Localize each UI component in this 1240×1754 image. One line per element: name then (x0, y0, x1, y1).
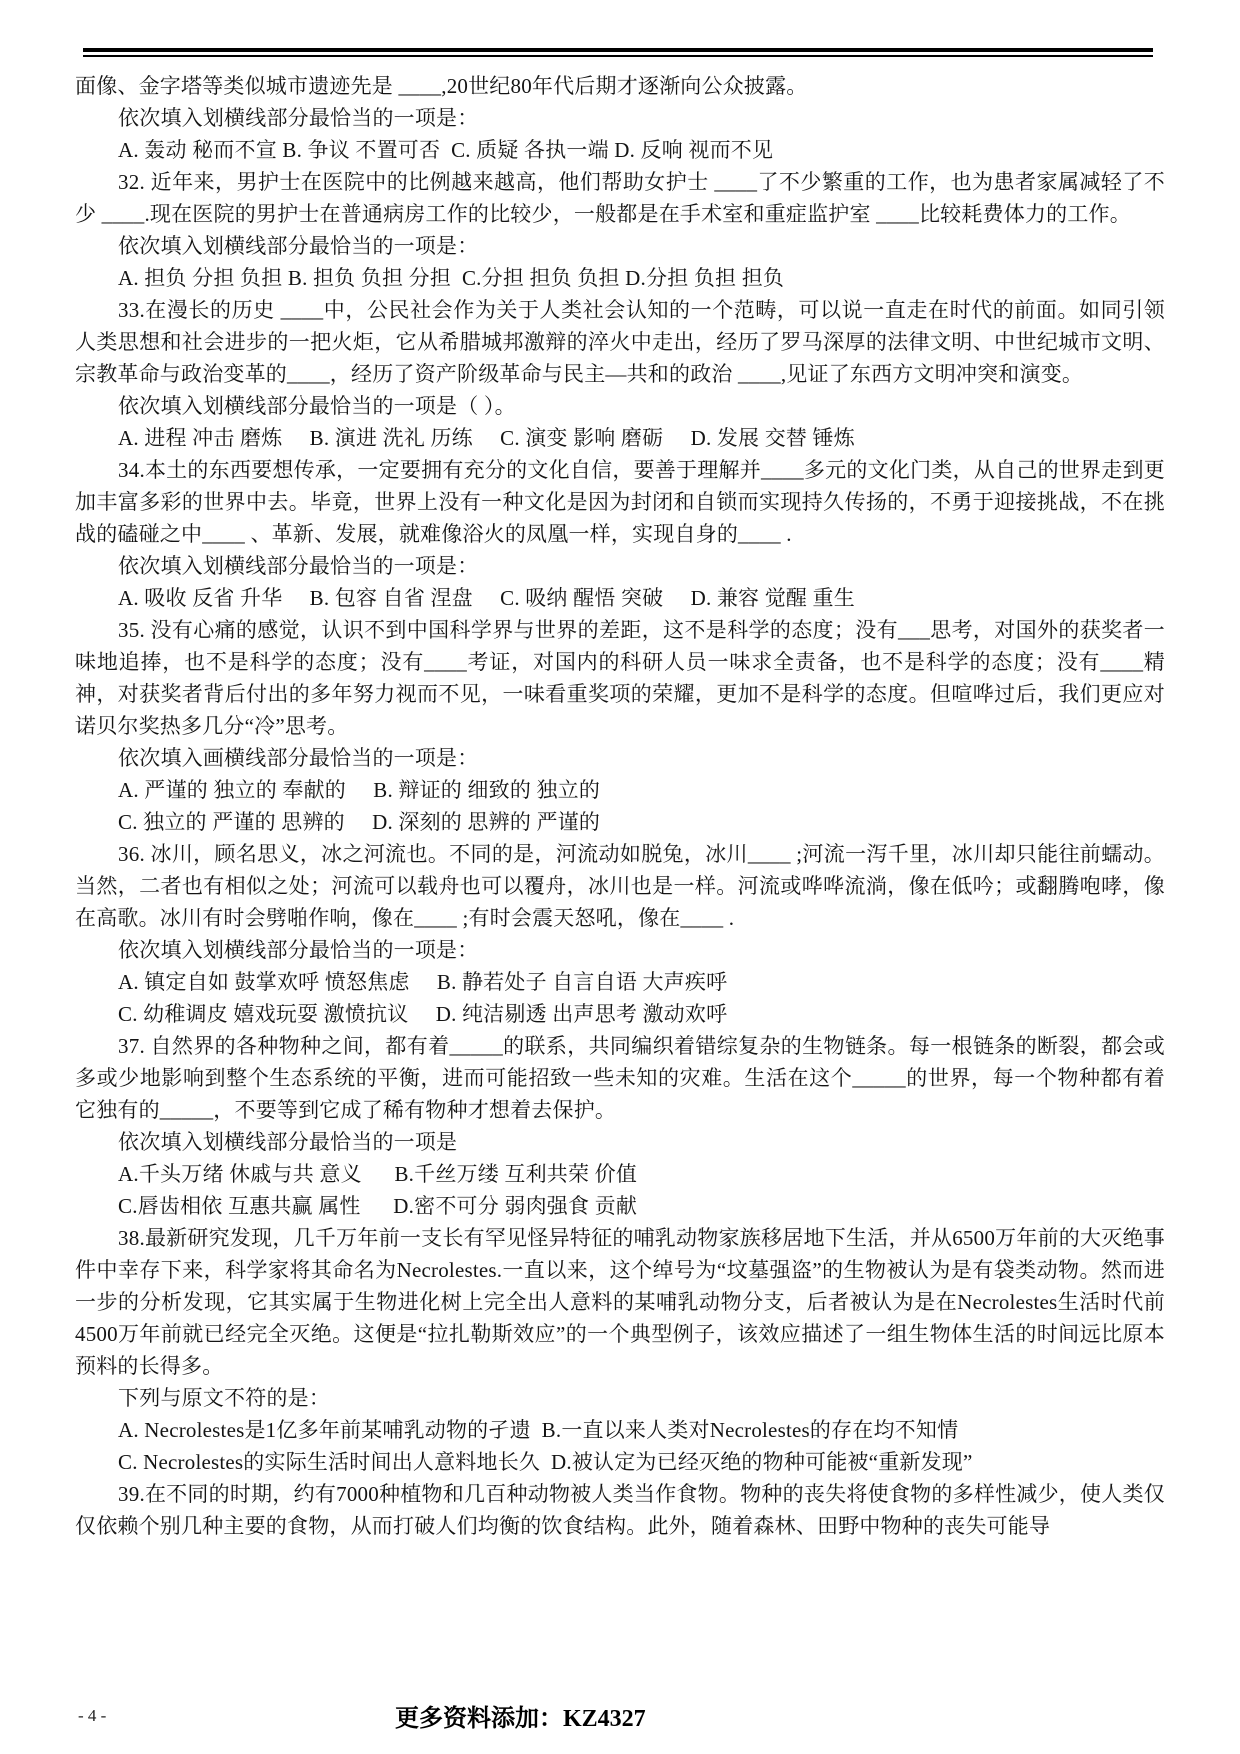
question-stem: 36. 冰川，顾名思义，冰之河流也。不同的是，河流动如脱兔，冰川____ ;河流… (75, 838, 1165, 934)
option-row: C.唇齿相依 互惠共赢 属性 D.密不可分 弱肉强食 贡献 (75, 1190, 1165, 1222)
option-row: A.千头万绪 休戚与共 意义 B.千丝万缕 互利共荣 价值 (75, 1158, 1165, 1190)
option-row: C. 独立的 严谨的 思辨的 D. 深刻的 思辨的 严谨的 (75, 806, 1165, 838)
option-row: C. Necrolestes的实际生活时间出人意料地长久 D.被认定为已经灭绝的… (75, 1446, 1165, 1478)
question-stem: 38.最新研究发现，几千万年前一支长有罕见怪异特征的哺乳动物家族移居地下生活，并… (75, 1222, 1165, 1382)
document-body: 面像、金字塔等类似城市遗迹先是 ____,20世纪80年代后期才逐渐向公众披露。… (75, 70, 1165, 1542)
option-row: A. 严谨的 独立的 奉献的 B. 辩证的 细致的 独立的 (75, 774, 1165, 806)
footer-note: 更多资料添加：KZ4327 (395, 1698, 646, 1733)
option-row: A. 进程 冲击 磨炼 B. 演进 洗礼 历练 C. 演变 影响 磨砺 D. 发… (75, 422, 1165, 454)
option-row: A. 轰动 秘而不宣 B. 争议 不置可否 C. 质疑 各执一端 D. 反响 视… (75, 134, 1165, 166)
question-stem: 35. 没有心痛的感觉，认识不到中国科学界与世界的差距，这不是科学的态度；没有_… (75, 614, 1165, 742)
question-stem: 39.在不同的时期，约有7000种植物和几百种动物被人类当作食物。物种的丧失将使… (75, 1478, 1165, 1542)
question-stem: 34.本土的东西要想传承，一定要拥有充分的文化自信，要善于理解并____多元的文… (75, 454, 1165, 550)
answer-prompt: 下列与原文不符的是： (75, 1382, 1165, 1414)
page-footer: - 4 - 更多资料添加：KZ4327 (0, 1698, 1240, 1738)
answer-prompt: 依次填入划横线部分最恰当的一项是： (75, 550, 1165, 582)
answer-prompt: 依次填入划横线部分最恰当的一项是： (75, 934, 1165, 966)
option-row: A. 镇定自如 鼓掌欢呼 愤怒焦虑 B. 静若处子 自言自语 大声疾呼 (75, 966, 1165, 998)
option-row: A. 吸收 反省 升华 B. 包容 自省 涅盘 C. 吸纳 醒悟 突破 D. 兼… (75, 582, 1165, 614)
option-row: A. 担负 分担 负担 B. 担负 负担 分担 C.分担 担负 负担 D.分担 … (75, 262, 1165, 294)
answer-prompt: 依次填入划横线部分最恰当的一项是： (75, 230, 1165, 262)
option-row: A. Necrolestes是1亿多年前某哺乳动物的孑遗 B.一直以来人类对Ne… (75, 1414, 1165, 1446)
answer-prompt: 依次填入画横线部分最恰当的一项是： (75, 742, 1165, 774)
question-stem: 37. 自然界的各种物种之间，都有着_____的联系，共同编织着错综复杂的生物链… (75, 1030, 1165, 1126)
option-row: C. 幼稚调皮 嬉戏玩耍 激愤抗议 D. 纯洁剔透 出声思考 激动欢呼 (75, 998, 1165, 1030)
answer-prompt: 依次填入划横线部分最恰当的一项是： (75, 102, 1165, 134)
exam-page: 面像、金字塔等类似城市遗迹先是 ____,20世纪80年代后期才逐渐向公众披露。… (0, 0, 1240, 1754)
page-number: - 4 - (78, 1706, 106, 1726)
answer-prompt: 依次填入划横线部分最恰当的一项是（ ）。 (75, 390, 1165, 422)
header-rule (83, 48, 1153, 57)
question-stem: 33.在漫长的历史 ____中，公民社会作为关于人类社会认知的一个范畴，可以说一… (75, 294, 1165, 390)
stem-continuation: 面像、金字塔等类似城市遗迹先是 ____,20世纪80年代后期才逐渐向公众披露。 (75, 70, 1165, 102)
answer-prompt: 依次填入划横线部分最恰当的一项是 (75, 1126, 1165, 1158)
question-stem: 32. 近年来，男护士在医院中的比例越来越高，他们帮助女护士 ____了不少繁重… (75, 166, 1165, 230)
